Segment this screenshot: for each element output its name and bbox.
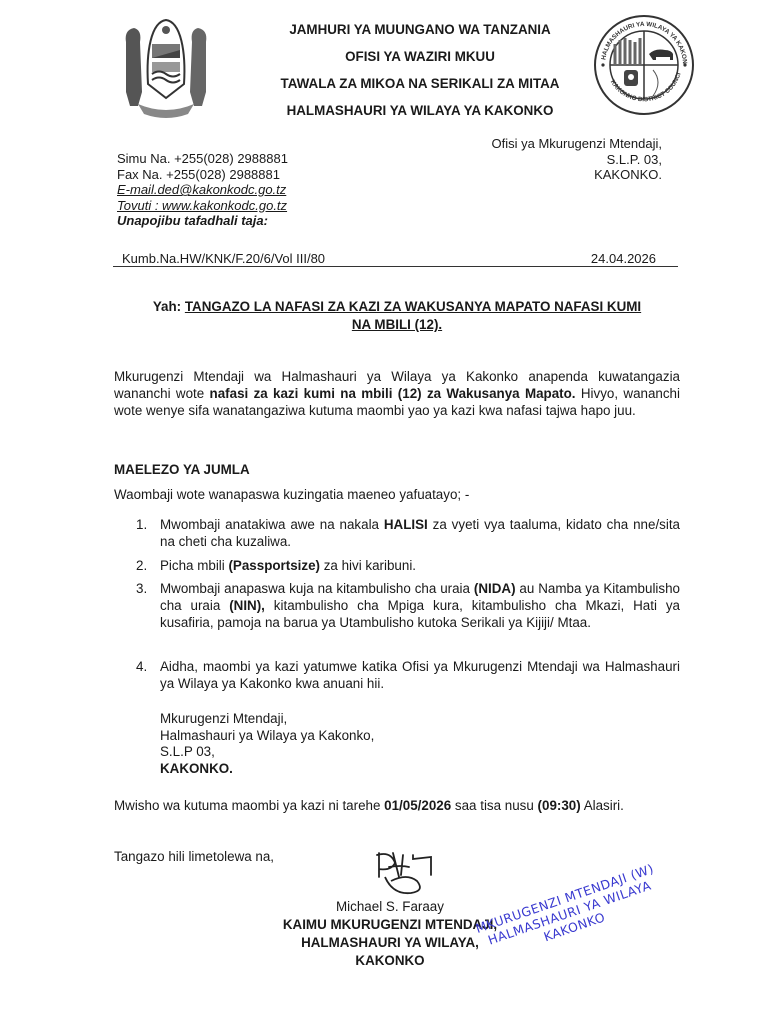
reference-number: Kumb.Na.HW/KNK/F.20/6/Vol III/80 [122, 251, 325, 266]
subject-line-1: TANGAZO LA NAFASI ZA KAZI ZA WAKUSANYA M… [185, 299, 641, 314]
office-address-line: KAKONKO. [491, 167, 662, 183]
issued-by-text: Tangazo hili limetolewa na, [114, 849, 274, 864]
header-line-republic: JAMHURI YA MUUNGANO WA TANZANIA [260, 22, 580, 37]
letter-date: 24.04.2026 [591, 251, 656, 266]
phone-number: Simu Na. +255(028) 2988881 [117, 151, 288, 167]
deadline-paragraph: Mwisho wa kutuma maombi ya kazi ni tareh… [114, 797, 680, 814]
list-text: Mwombaji anapaswa kuja na kitambulisho c… [160, 581, 474, 596]
deadline-text: Alasiri. [581, 798, 624, 813]
list-bold-text: (NIDA) [474, 581, 516, 596]
document-page: JAMHURI YA MUUNGANO WA TANZANIA OFISI YA… [0, 0, 768, 1024]
intro-paragraph: Mkurugenzi Mtendaji wa Halmashauri ya Wi… [114, 368, 680, 419]
website-link[interactable]: Tovuti : www.kakonkodc.go.tz [117, 198, 288, 214]
reference-row: Kumb.Na.HW/KNK/F.20/6/Vol III/80 24.04.2… [113, 247, 678, 267]
list-number: 4. [136, 658, 147, 675]
list-bold-text: HALISI [384, 517, 428, 532]
section-intro: Waombaji wote wanapaswa kuzingatia maene… [114, 487, 469, 502]
list-text: Aidha, maombi ya kazi yatumwe katika Ofi… [160, 659, 680, 691]
intro-bold-text: nafasi za kazi kumi na mbili (12) za Wak… [210, 386, 576, 401]
subject-heading: Yah: TANGAZO LA NAFASI ZA KAZI ZA WAKUSA… [114, 298, 680, 334]
header-line-regional-admin: TAWALA ZA MIKOA NA SERIKALI ZA MITAA [250, 76, 590, 91]
list-item: 1. Mwombaji anatakiwa awe na nakala HALI… [136, 516, 680, 550]
reply-note: Unapojibu tafadhali taja: [117, 213, 288, 229]
list-item: 4. Aidha, maombi ya kazi yatumwe katika … [136, 658, 680, 692]
office-address-line: Ofisi ya Mkurugenzi Mtendaji, [491, 136, 662, 152]
list-number: 1. [136, 516, 147, 533]
office-address: Ofisi ya Mkurugenzi Mtendaji, S.L.P. 03,… [491, 136, 662, 183]
mailing-address-line: Mkurugenzi Mtendaji, [160, 711, 374, 728]
deadline-text: saa tisa nusu [451, 798, 537, 813]
list-item: 2. Picha mbili (Passportsize) za hivi ka… [136, 557, 680, 574]
subject-prefix: Yah: [153, 299, 181, 314]
header-line-pm-office: OFISI YA WAZIRI MKUU [260, 49, 580, 64]
list-number: 2. [136, 557, 147, 574]
email-link[interactable]: E-mail.ded@kakonkodc.go.tz [117, 182, 288, 198]
deadline-time: (09:30) [538, 798, 581, 813]
mailing-address: Mkurugenzi Mtendaji, Halmashauri ya Wila… [160, 711, 374, 777]
tanzania-coat-of-arms-icon [116, 12, 216, 124]
office-address-line: S.L.P. 03, [491, 152, 662, 168]
header-line-district-council: HALMASHAURI YA WILAYA YA KAKONKO [250, 103, 590, 118]
deadline-text: Mwisho wa kutuma maombi ya kazi ni tareh… [114, 798, 384, 813]
list-bold-text: (NIN), [229, 598, 265, 613]
subject-line-2: NA MBILI (12). [352, 317, 442, 332]
list-bold-text: (Passportsize) [228, 558, 320, 573]
section-title: MAELEZO YA JUMLA [114, 462, 250, 477]
list-item: 3. Mwombaji anapaswa kuja na kitambulish… [136, 580, 680, 631]
deadline-date: 01/05/2026 [384, 798, 451, 813]
mailing-address-line: KAKONKO. [160, 761, 374, 778]
list-text: Mwombaji anatakiwa awe na nakala [160, 517, 384, 532]
contact-block: Simu Na. +255(028) 2988881 Fax Na. +255(… [117, 151, 288, 229]
mailing-address-line: S.L.P 03, [160, 744, 374, 761]
handwritten-signature-icon [373, 849, 463, 897]
list-text: Picha mbili [160, 558, 228, 573]
mailing-address-line: Halmashauri ya Wilaya ya Kakonko, [160, 728, 374, 745]
list-number: 3. [136, 580, 147, 597]
fax-number: Fax Na. +255(028) 2988881 [117, 167, 288, 183]
kakonko-district-council-seal-icon: HALMASHAURI YA WILAYA YA KAKONKO KAKONKO… [593, 14, 695, 116]
list-text: za hivi karibuni. [320, 558, 416, 573]
